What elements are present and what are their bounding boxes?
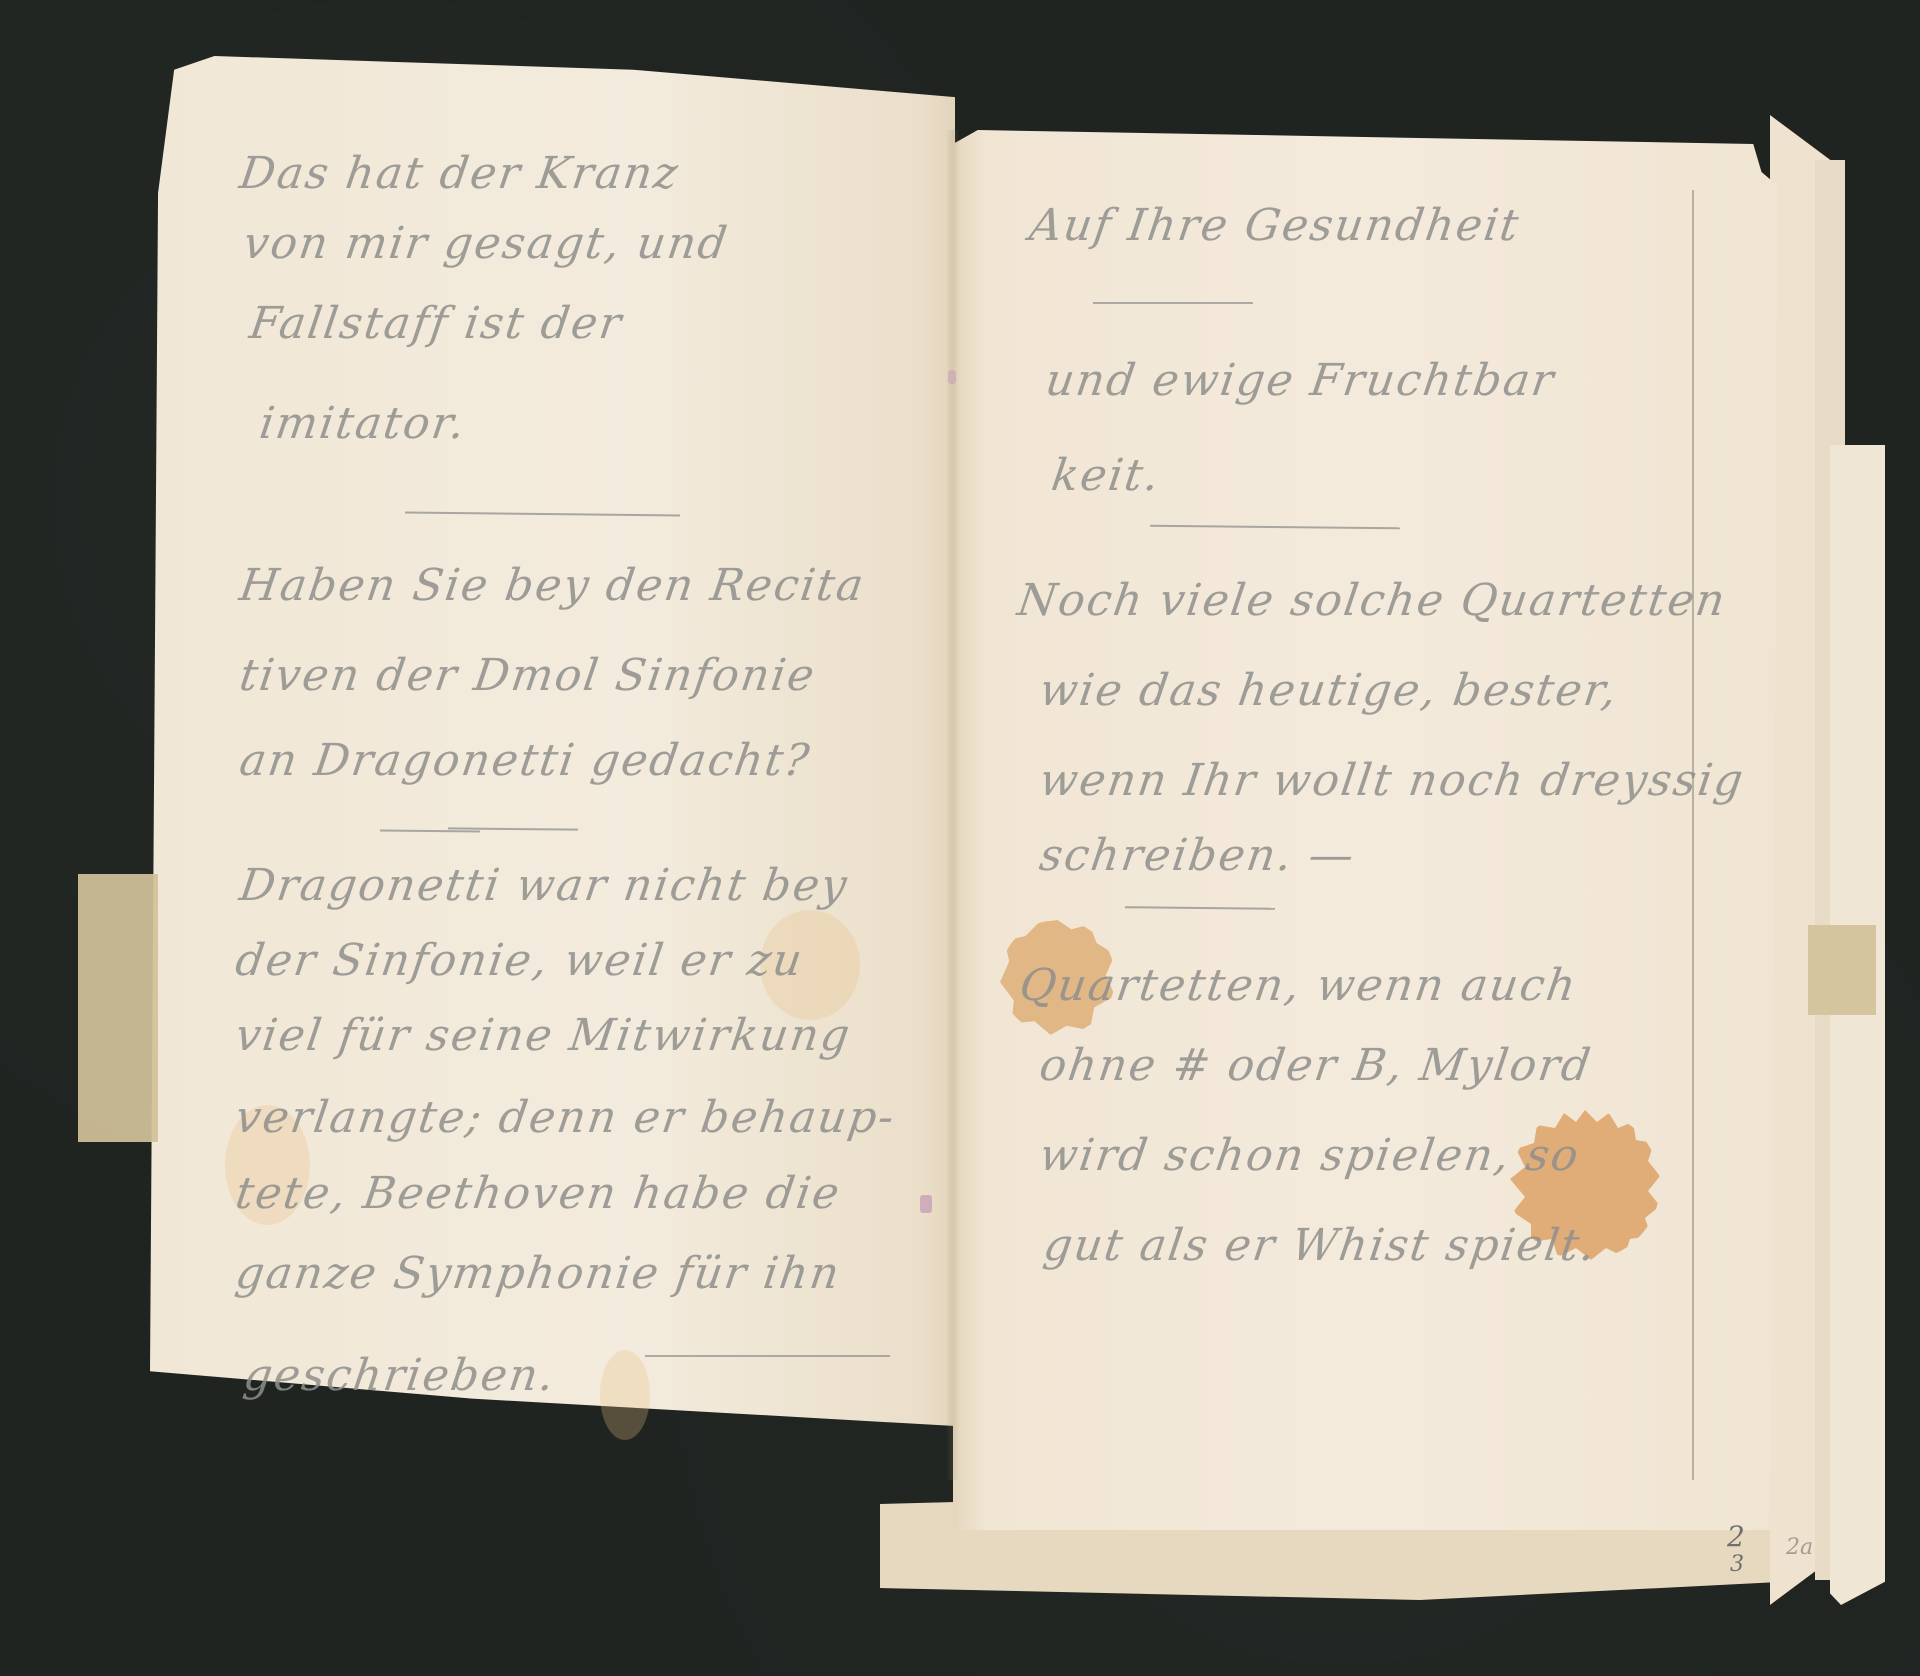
underline-ihre <box>1093 302 1253 304</box>
folio-number: 3 <box>1730 1552 1744 1577</box>
handwriting-line: Dragonetti war nicht bey <box>236 860 851 911</box>
handwriting-line: verlangte; denn er behaup- <box>232 1092 899 1143</box>
repair-tape-left <box>78 874 158 1142</box>
handwriting-line: wird schon spielen, so <box>1036 1130 1583 1181</box>
folio-number: 2 <box>1727 1520 1745 1553</box>
handwriting-line: von mir gesagt, und <box>240 218 731 269</box>
handwriting-line: wenn Ihr wollt noch dreyssig <box>1036 755 1748 806</box>
handwriting-line: Haben Sie bey den Recita <box>236 560 868 611</box>
handwriting-line: viel für seine Mitwirkung <box>232 1010 854 1061</box>
handwriting-line: der Sinfonie, weil er zu <box>232 935 807 986</box>
handwriting-line: schreiben. — <box>1036 830 1358 881</box>
side-folio-number: 2a <box>1786 1535 1813 1560</box>
handwriting-line: Auf Ihre Gesundheit <box>1026 200 1523 251</box>
binding-thread <box>920 1195 932 1213</box>
handwriting-line: keit. <box>1048 450 1164 501</box>
repair-tape-right <box>1808 925 1876 1015</box>
right-page-margin-crease <box>1692 190 1694 1480</box>
handwriting-line: imitator. <box>256 398 469 449</box>
binding-thread <box>948 370 956 384</box>
handwriting-line: Noch viele solche Quartetten <box>1014 575 1729 626</box>
handwriting-line: und ewige Fruchtbar <box>1042 355 1558 406</box>
protruding-leaf <box>1830 445 1885 1605</box>
book-gutter <box>946 130 960 1480</box>
handwriting-line: Fallstaff ist der <box>246 298 626 349</box>
handwriting-line: ohne # oder B, Mylord <box>1036 1040 1595 1091</box>
handwriting-line: geschrieben. <box>240 1350 559 1401</box>
handwriting-line: wie das heutige, bester, <box>1036 665 1621 716</box>
handwriting-line: tiven der Dmol Sinfonie <box>236 650 819 701</box>
handwriting-line: an Dragonetti gedacht? <box>236 735 814 786</box>
faint-stain <box>600 1350 650 1440</box>
handwriting-line: tete, Beethoven habe die <box>232 1168 844 1219</box>
handwriting-line: ganze Symphonie für ihn <box>232 1248 844 1299</box>
handwriting-line: Das hat der Kranz <box>236 148 682 199</box>
handwriting-line: Quartetten, wenn auch <box>1016 960 1580 1011</box>
underline-fur-ihn <box>645 1355 890 1357</box>
handwriting-line: gut als er Whist spielt. <box>1040 1220 1600 1271</box>
